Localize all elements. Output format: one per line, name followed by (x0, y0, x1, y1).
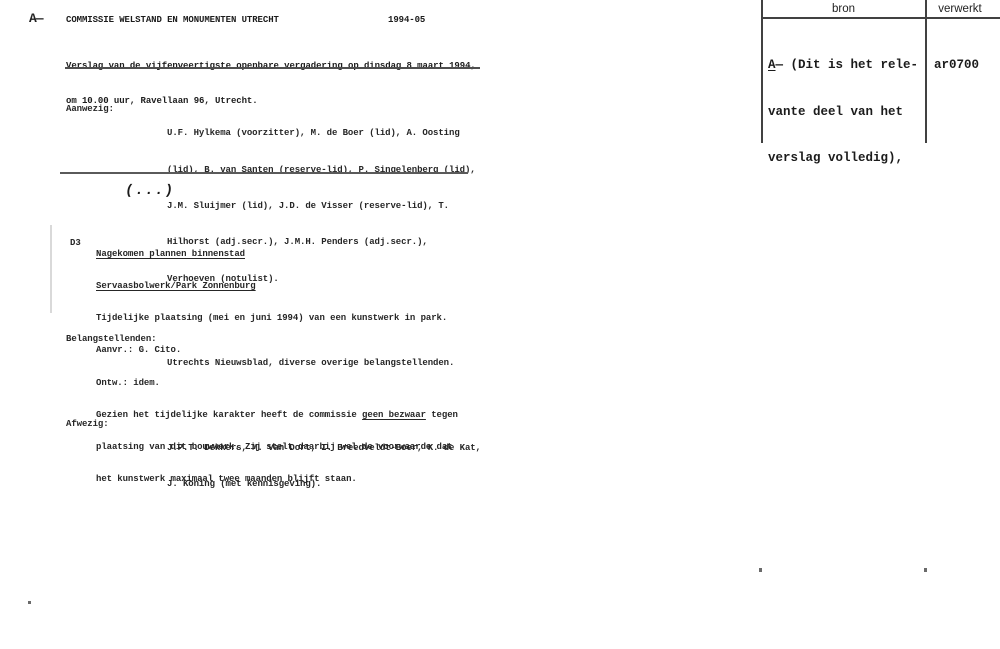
table-cell-bron: A— (Dit is het rele- vante deel van het … (768, 27, 918, 198)
conclusion-pre: Gezien het tijdelijke karakter heeft de … (96, 410, 362, 420)
agenda-section-heading: Nagekomen plannen binnenstad (96, 249, 458, 260)
scanned-document-page: A— COMMISSIE WELSTAND EN MONUMENTEN UTRE… (0, 0, 1000, 649)
attendance-line: J.M. Sluijmer (lid), J.D. de Visser (res… (167, 200, 476, 212)
document-header: COMMISSIE WELSTAND EN MONUMENTEN UTRECHT… (66, 15, 486, 26)
agenda-item-title: Servaasbolwerk/Park Zonnenburg (96, 281, 458, 292)
table-cell-verwerkt: ar0700 (934, 58, 979, 73)
agenda-line: Tijdelijke plaatsing (mei en juni 1994) … (96, 313, 458, 324)
bron-marker: A (768, 58, 776, 72)
table-border-left (761, 0, 763, 143)
scan-speck (924, 568, 927, 572)
omission-marker: (...) (124, 183, 176, 199)
table-header-bron: bron (761, 1, 926, 17)
scan-speck (759, 568, 762, 572)
agenda-conclusion-line: plaatsing van dit bouwwerk. Zij stelt da… (96, 442, 458, 453)
margin-marker: A— (29, 12, 43, 26)
document-number: 1994-05 (388, 15, 425, 26)
scan-artifact (50, 225, 52, 313)
agenda-item-code: D3 (70, 238, 81, 249)
horizontal-rule-middle (60, 172, 468, 174)
table-border-middle (925, 0, 927, 143)
agenda-line: Aanvr.: G. Cito. (96, 345, 458, 356)
scan-speck (28, 601, 31, 604)
table-header-verwerkt: verwerkt (927, 1, 993, 17)
document-title: COMMISSIE WELSTAND EN MONUMENTEN UTRECHT (66, 15, 279, 26)
agenda-block: Nagekomen plannen binnenstad Servaasbolw… (96, 227, 458, 507)
agenda-conclusion-line: het kunstwerk maximaal twee maanden blij… (96, 474, 458, 485)
attendance-line: U.F. Hylkema (voorzitter), M. de Boer (l… (167, 127, 476, 139)
bron-line: A— (Dit is het rele- (768, 58, 918, 74)
bron-line1-rest: — (Dit is het rele- (776, 58, 919, 72)
agenda-conclusion-line: Gezien het tijdelijke karakter heeft de … (96, 410, 458, 421)
table-header-underline (761, 17, 1000, 19)
horizontal-rule-top (65, 67, 480, 69)
agenda-line: Ontw.: idem. (96, 378, 458, 389)
conclusion-emphasis: geen bezwaar (362, 410, 426, 420)
conclusion-post: tegen (426, 410, 458, 420)
bron-line: verslag volledig), (768, 151, 918, 167)
bron-line: vante deel van het (768, 105, 918, 121)
